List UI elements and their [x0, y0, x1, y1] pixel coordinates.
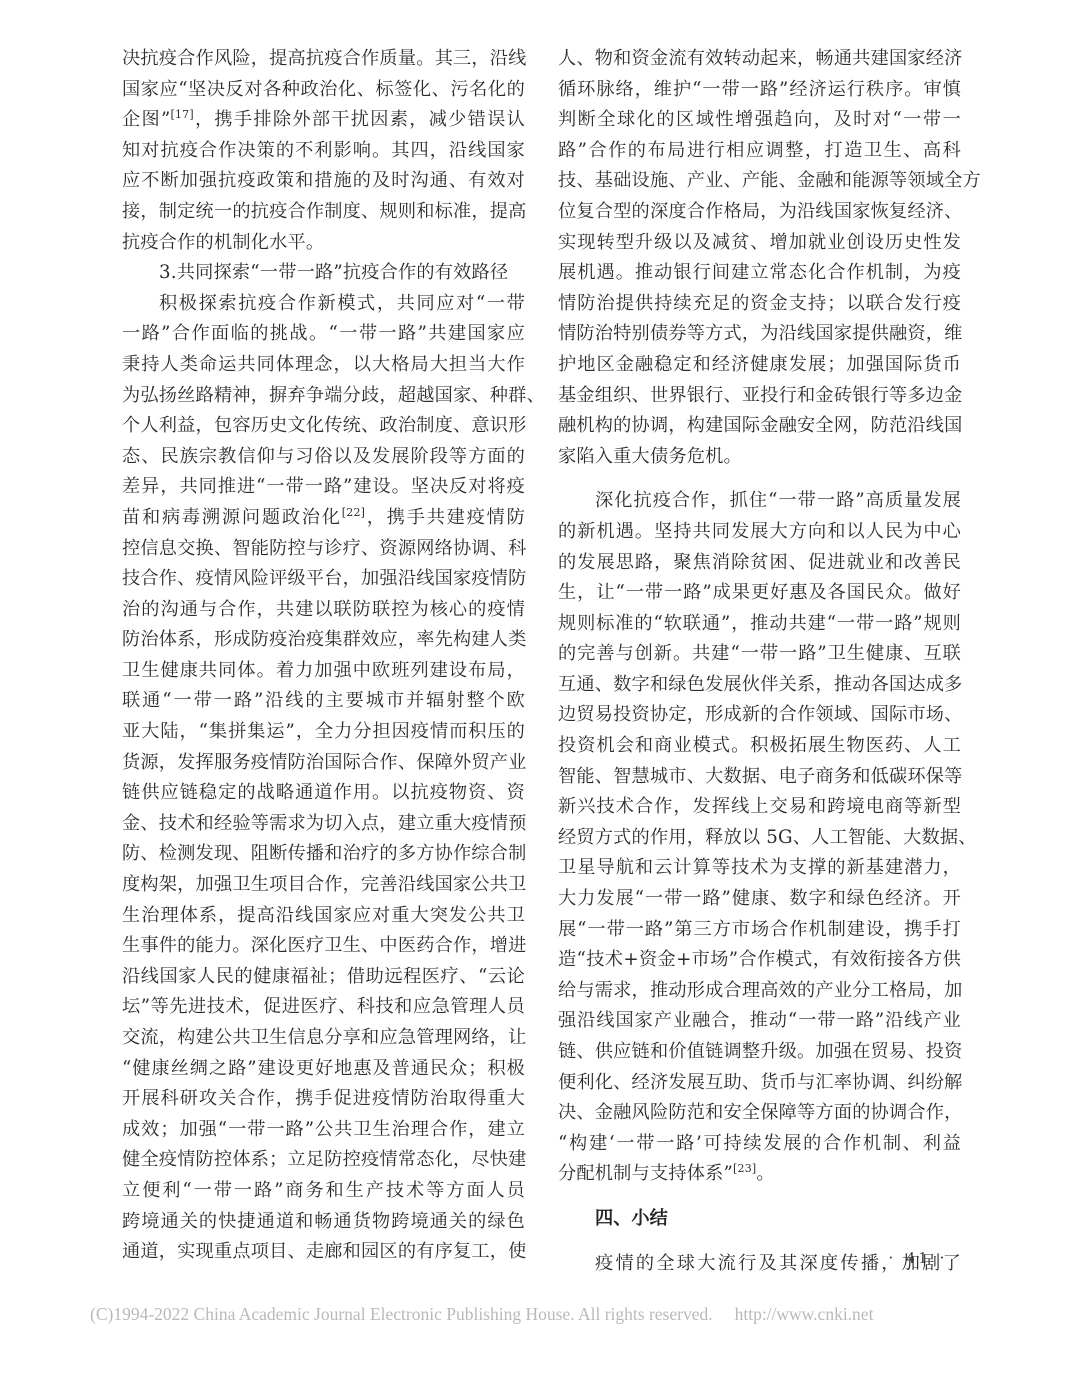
text-line: 为弘扬丝路精神，摒弃争端分歧，超越国家、种群、 — [122, 381, 525, 412]
text-fragment: 。 — [756, 1163, 774, 1184]
text-line: 货源，发挥服务疫情防治国际合作、保障外贸产业 — [122, 748, 525, 779]
text-line: 循环脉络，维护“一带一路”经济运行秩序。审慎 — [558, 75, 961, 106]
text-line-with-citation: 企图”[17]，携手排除外部干扰因素，减少错误认 — [122, 105, 525, 136]
text-line: 展机遇。推动银行间建立常态化合作机制，为疫 — [558, 258, 961, 289]
text-line: 的完善与创新。共建“一带一路”卫生健康、互联 — [558, 639, 961, 670]
text-line: 金、技术和经验等需求为切入点，建立重大疫情预 — [122, 809, 525, 840]
text-line: 位复合型的深度合作格局，为沿线国家恢复经济、 — [558, 197, 961, 228]
text-line: 态、民族宗教信仰与习俗以及发展阶段等方面的 — [122, 442, 525, 473]
text-line: 防治体系，形成防疫治疫集群效应，率先构建人类 — [122, 625, 525, 656]
paragraph-spacer — [558, 472, 961, 486]
text-line: 通道，实现重点项目、走廊和园区的有序复工，使 — [122, 1237, 525, 1268]
text-line: 互通、数字和绿色发展伙伴关系，推动各国达成多 — [558, 670, 961, 701]
text-line: 链、供应链和价值链调整升级。加强在贸易、投资 — [558, 1037, 961, 1068]
text-line: 坛”等先进技术，促进医疗、科技和应急管理人员 — [122, 992, 525, 1023]
text-fragment: 分配机制与支持体系” — [558, 1163, 733, 1184]
text-line: 国家应“坚决反对各种政治化、标签化、污名化的 — [122, 75, 525, 106]
text-line: 治的沟通与合作，共建以联防联控为核心的疫情 — [122, 595, 525, 626]
text-line-with-citation: 苗和病毒溯源问题政治化[22]，携手共建疫情防 — [122, 503, 525, 534]
text-line: 智能、智慧城市、大数据、电子商务和低碳环保等 — [558, 762, 961, 793]
text-line: 基金组织、世界银行、亚投行和金砖银行等多边金 — [558, 381, 961, 412]
text-fragment: ，携手排除外部干扰因素，减少错误认 — [194, 109, 525, 130]
text-line: 新兴技术合作，发挥线上交易和跨境电商等新型 — [558, 792, 961, 823]
text-fragment: 苗和病毒溯源问题政治化 — [122, 507, 342, 528]
text-line: 家陷入重大债务危机。 — [558, 442, 961, 473]
paragraph-spacer — [558, 1235, 961, 1249]
text-line: 人、物和资金流有效转动起来，畅通共建国家经济 — [558, 44, 961, 75]
section-heading: 四、小结 — [558, 1204, 961, 1235]
text-line: “健康丝绸之路”建设更好地惠及普通民众；积极 — [122, 1054, 525, 1085]
text-line: 亚大陆，“集拼集运”，全力分担因疫情而积压的 — [122, 717, 525, 748]
text-line: 便利化、经济发展互助、货币与汇率协调、纠纷解 — [558, 1068, 961, 1099]
text-line: 生，让“一带一路”成果更好惠及各国民众。做好 — [558, 578, 961, 609]
text-line: 抗疫合作的机制化水平。 — [122, 228, 525, 259]
text-line: 生治理体系，提高沿线国家应对重大突发公共卫 — [122, 901, 525, 932]
subsection-heading: 3.共同探索“一带一路”抗疫合作的有效路径 — [122, 258, 525, 289]
text-line: 开展科研攻关合作，携手促进疫情防治取得重大 — [122, 1084, 525, 1115]
text-line: 跨境通关的快捷通道和畅通货物跨境通关的绿色 — [122, 1207, 525, 1238]
text-line: 给与需求，推动形成合理高效的产业分工格局，加 — [558, 976, 961, 1007]
journal-page: 决抗疫合作风险，提高抗疫合作质量。其三，沿线 国家应“坚决反对各种政治化、标签化… — [0, 0, 1080, 1377]
text-line: 情防治提供持续充足的资金支持；以联合发行疫 — [558, 289, 961, 320]
citation-23: [23] — [733, 1162, 756, 1175]
text-line: 经贸方式的作用，释放以 5G、人工智能、大数据、 — [558, 823, 961, 854]
text-line: 边贸易投资协定，形成新的合作领域、国际市场、 — [558, 700, 961, 731]
text-line: 强沿线国家产业融合，推动“一带一路”沿线产业 — [558, 1006, 961, 1037]
text-line: 的新机遇。坚持共同发展大方向和以人民为中心 — [558, 517, 961, 548]
text-line: 成效；加强“一带一路”公共卫生治理合作，建立 — [122, 1115, 525, 1146]
text-line: 个人利益，包容历史文化传统、政治制度、意识形 — [122, 411, 525, 442]
text-line: 造“技术+资金+市场”合作模式，有效衔接各方供 — [558, 945, 961, 976]
text-line: 大力发展“一带一路”健康、数字和绿色经济。开 — [558, 884, 961, 915]
text-line: 健全疫情防控体系；立足防控疫情常态化，尽快建 — [122, 1145, 525, 1176]
text-fragment: 企图” — [122, 109, 170, 130]
text-line: 接，制定统一的抗疫合作制度、规则和标准，提高 — [122, 197, 525, 228]
text-line: 路”合作的布局进行相应调整，打造卫生、高科 — [558, 136, 961, 167]
footer-url: http://www.cnki.net — [735, 1304, 874, 1324]
text-line: 交流，构建公共卫生信息分享和应急管理网络，让 — [122, 1023, 525, 1054]
text-line: 的发展思路，聚焦消除贫困、促进就业和改善民 — [558, 548, 961, 579]
page-number: · 41 · — [888, 1248, 949, 1268]
text-line: 控信息交换、智能防控与诊疗、资源网络协调、科 — [122, 534, 525, 565]
text-line: 防、检测发现、阻断传播和治疗的多方协作综合制 — [122, 839, 525, 870]
text-line: 深化抗疫合作，抓住“一带一路”高质量发展 — [558, 486, 961, 517]
text-line: 投资机会和商业模式。积极拓展生物医药、人工 — [558, 731, 961, 762]
text-line: 卫星导航和云计算等技术为支撑的新基建潜力， — [558, 853, 961, 884]
citation-17: [17] — [170, 108, 193, 121]
left-column: 决抗疫合作风险，提高抗疫合作质量。其三，沿线 国家应“坚决反对各种政治化、标签化… — [122, 44, 525, 1268]
copyright-text: (C)1994-2022 China Academic Journal Elec… — [90, 1304, 713, 1324]
text-line: 一路”合作面临的挑战。“一带一路”共建国家应 — [122, 319, 525, 350]
text-line: 知对抗疫合作决策的不利影响。其四，沿线国家 — [122, 136, 525, 167]
text-line: 技、基础设施、产业、产能、金融和能源等领域全方 — [558, 166, 961, 197]
text-line: 决、金融风险防范和安全保障等方面的协调合作， — [558, 1098, 961, 1129]
right-column: 人、物和资金流有效转动起来，畅通共建国家经济 循环脉络，维护“一带一路”经济运行… — [558, 44, 961, 1279]
text-line: 生事件的能力。深化医疗卫生、中医药合作，增进 — [122, 931, 525, 962]
text-line: 技合作、疫情风险评级平台，加强沿线国家疫情防 — [122, 564, 525, 595]
text-line: 规则标准的“软联通”，推动共建“一带一路”规则 — [558, 609, 961, 640]
text-line: 决抗疫合作风险，提高抗疫合作质量。其三，沿线 — [122, 44, 525, 75]
text-line: 实现转型升级以及减贫、增加就业创设历史性发 — [558, 228, 961, 259]
text-line-with-citation: 分配机制与支持体系”[23]。 — [558, 1159, 961, 1190]
text-fragment: ，携手共建疫情防 — [365, 507, 525, 528]
text-line: 立便利“一带一路”商务和生产技术等方面人员 — [122, 1176, 525, 1207]
text-line: 卫生健康共同体。着力加强中欧班列建设布局， — [122, 656, 525, 687]
text-line: 情防治特别债券等方式，为沿线国家提供融资，维 — [558, 319, 961, 350]
text-line: 度构架，加强卫生项目合作，完善沿线国家公共卫 — [122, 870, 525, 901]
text-line: “构建‘一带一路’可持续发展的合作机制、利益 — [558, 1129, 961, 1160]
text-line: 护地区金融稳定和经济健康发展；加强国际货币 — [558, 350, 961, 381]
text-line: 应不断加强抗疫政策和措施的及时沟通、有效对 — [122, 166, 525, 197]
text-line: 积极探索抗疫合作新模式，共同应对“一带 — [122, 289, 525, 320]
text-line: 差异，共同推进“一带一路”建设。坚决反对将疫 — [122, 472, 525, 503]
text-line: 链供应链稳定的战略通道作用。以抗疫物资、资 — [122, 778, 525, 809]
text-line: 展“一带一路”第三方市场合作机制建设，携手打 — [558, 915, 961, 946]
text-line: 融机构的协调，构建国际金融安全网，防范沿线国 — [558, 411, 961, 442]
text-line: 判断全球化的区域性增强趋向，及时对“一带一 — [558, 105, 961, 136]
citation-22: [22] — [342, 506, 365, 519]
text-line: 秉持人类命运共同体理念，以大格局大担当大作 — [122, 350, 525, 381]
copyright-footer: (C)1994-2022 China Academic Journal Elec… — [90, 1304, 873, 1325]
text-line: 联通“一带一路”沿线的主要城市并辐射整个欧 — [122, 686, 525, 717]
text-line: 沿线国家人民的健康福祉；借助远程医疗、“云论 — [122, 962, 525, 993]
paragraph-spacer — [558, 1190, 961, 1204]
